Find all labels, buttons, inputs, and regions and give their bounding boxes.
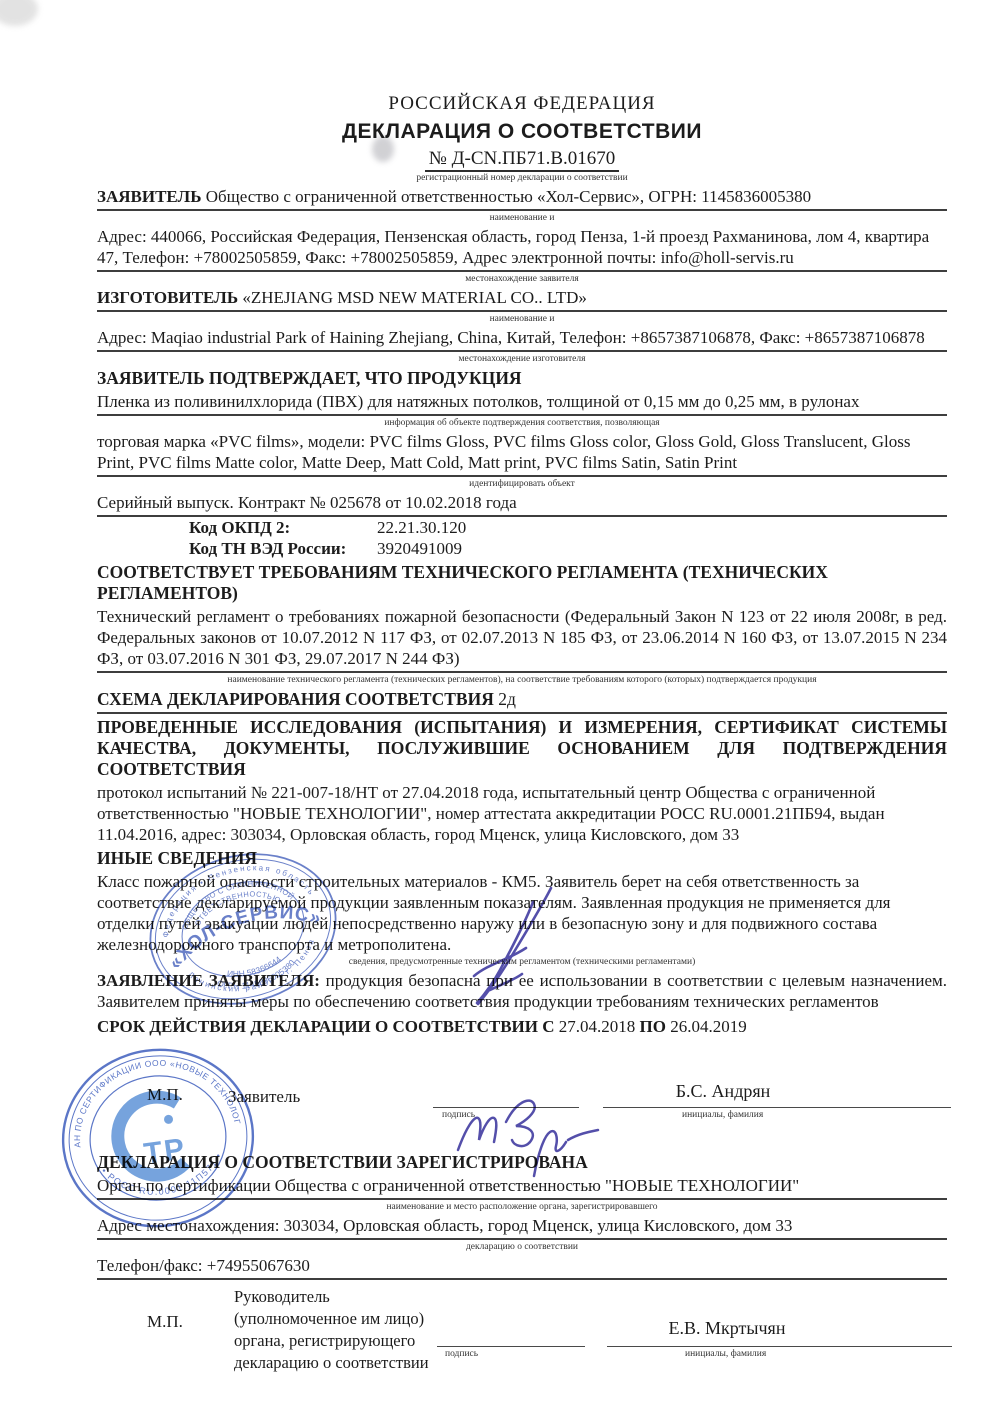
tnved-value: 3920491009 (377, 539, 462, 558)
scheme-label: СХЕМА ДЕКЛАРИРОВАНИЯ СООТВЕТСТВИЯ (97, 689, 494, 709)
signature-line-1 (433, 1107, 579, 1108)
registered-heading: ДЕКЛАРАЦИЯ О СООТВЕТСТВИИ ЗАРЕГИСТРИРОВА… (97, 1152, 947, 1173)
applicant-address: Адрес: 440066, Российская Федерация, Пен… (97, 226, 947, 272)
applicant-role-label: Заявитель (228, 1087, 300, 1107)
manufacturer-row: ИЗГОТОВИТЕЛЬ «ZHEJIANG MSD NEW MATERIAL … (97, 287, 947, 312)
document-title: ДЕКЛАРАЦИЯ О СООТВЕТСТВИИ (97, 118, 947, 145)
validity-label-to: ПО (640, 1017, 666, 1036)
tnved-label: Код ТН ВЭД России: (189, 538, 377, 559)
registered-body: Орган по сертификации Общества с огранич… (97, 1175, 947, 1200)
statement-row: ЗАЯВЛЕНИЕ ЗАЯВИТЕЛЯ: продукция безопасна… (97, 970, 947, 1012)
other-info-caption: сведения, предусмотренные техническим ре… (97, 956, 947, 968)
basis-text: протокол испытаний № 221-007-18/НТ от 27… (97, 782, 947, 845)
signature-caption-2: подпись (445, 1349, 478, 1359)
name-line-1 (603, 1107, 951, 1108)
header-country: РОССИЙСКАЯ ФЕДЕРАЦИЯ (97, 92, 947, 116)
compliance-heading: СООТВЕТСТВУЕТ ТРЕБОВАНИЯМ ТЕХНИЧЕСКОГО Р… (97, 562, 947, 604)
okpd-row: Код ОКПД 2:22.21.30.120 (189, 517, 947, 538)
applicant-signature-block: М.П. Заявитель подпись Б.С. Андрян иници… (97, 1043, 947, 1149)
okpd-value: 22.21.30.120 (377, 518, 466, 537)
validity-date-to: 26.04.2019 (670, 1017, 747, 1036)
validity-label-from: СРОК ДЕЙСТВИЯ ДЕКЛАРАЦИИ О СООТВЕТСТВИИ … (97, 1017, 555, 1036)
manufacturer-label: ИЗГОТОВИТЕЛЬ (97, 288, 238, 307)
statement-label: ЗАЯВЛЕНИЕ ЗАЯВИТЕЛЯ: (97, 971, 320, 990)
signature-line-2 (437, 1346, 585, 1347)
stamp-place-label-2: М.П. (147, 1312, 183, 1332)
registration-number: № Д-CN.ПБ71.В.01670 (97, 147, 947, 171)
okpd-label: Код ОКПД 2: (189, 517, 377, 538)
product-caption-2: идентифицировать объект (97, 478, 947, 490)
scan-smudge-corner (0, 0, 38, 26)
compliance-text: Технический регламент о требованиях пожа… (97, 606, 947, 673)
signatory-name-1: Б.С. Андрян (603, 1081, 843, 1102)
registrar-role-label: Руководитель (уполномоченное им лицо) ор… (234, 1286, 449, 1374)
name-line-2 (607, 1346, 952, 1347)
other-info-text: Класс пожарной опасности строительных ма… (97, 871, 947, 955)
manufacturer-caption-1: наименование и (97, 313, 947, 325)
applicant-label: ЗАЯВИТЕЛЬ (97, 187, 201, 206)
product-caption-1: информация об объекте подтверждения соот… (97, 417, 947, 429)
manufacturer-name: «ZHEJIANG MSD NEW MATERIAL CO.. LTD» (242, 288, 587, 307)
declaration-document: РОССИЙСКАЯ ФЕДЕРАЦИЯ ДЕКЛАРАЦИЯ О СООТВЕ… (0, 0, 1000, 1414)
signature-caption-1: подпись (442, 1110, 475, 1120)
stamp-place-label-1: М.П. (147, 1085, 183, 1105)
manufacturer-caption-2: местонахождение изготовителя (97, 353, 947, 365)
tnved-row: Код ТН ВЭД России:3920491009 (189, 538, 947, 559)
name-caption-2: инициалы, фамилия (685, 1349, 766, 1359)
basis-heading: ПРОВЕДЕННЫЕ ИССЛЕДОВАНИЯ (ИСПЫТАНИЯ) И И… (97, 717, 947, 780)
scheme-value: 2д (498, 689, 516, 709)
registered-caption-1: наименование и место расположение органа… (97, 1201, 947, 1213)
product-description: Пленка из поливинилхлорида (ПВХ) для нат… (97, 391, 947, 416)
applicant-caption-1: наименование и (97, 212, 947, 224)
compliance-caption: наименование технического регламента (те… (97, 674, 947, 686)
registration-number-caption: регистрационный номер декларации о соотв… (97, 172, 947, 184)
applicant-caption-2: местонахождение заявителя (97, 273, 947, 285)
product-heading: ЗАЯВИТЕЛЬ ПОДТВЕРЖДАЕТ, ЧТО ПРОДУКЦИЯ (97, 368, 947, 389)
registrar-signature-block: М.П. Руководитель (уполномоченное им лиц… (97, 1284, 947, 1404)
product-models: торговая марка «PVC films», модели: PVC … (97, 431, 947, 477)
scheme-row: СХЕМА ДЕКЛАРИРОВАНИЯ СООТВЕТСТВИЯ 2д (97, 689, 947, 714)
manufacturer-address: Адрес: Maqiao industrial Park of Haining… (97, 327, 947, 352)
validity-row: СРОК ДЕЙСТВИЯ ДЕКЛАРАЦИИ О СООТВЕТСТВИИ … (97, 1016, 947, 1037)
registered-address: Адрес местонахождения: 303034, Орловская… (97, 1215, 947, 1240)
registered-caption-2: декларацию о соответствии (97, 1241, 947, 1253)
applicant-row: ЗАЯВИТЕЛЬ Общество с ограниченной ответс… (97, 186, 947, 211)
product-serial: Серийный выпуск. Контракт № 025678 от 10… (97, 492, 947, 517)
validity-date-from: 27.04.2018 (559, 1017, 636, 1036)
name-caption-1: инициалы, фамилия (682, 1110, 763, 1120)
other-info-heading: ИНЫЕ СВЕДЕНИЯ (97, 848, 947, 869)
applicant-name: Общество с ограниченной ответственностью… (206, 187, 811, 206)
signatory-name-2: Е.В. Мкртычян (607, 1318, 847, 1339)
registered-phone: Телефон/факс: +74955067630 (97, 1255, 947, 1280)
